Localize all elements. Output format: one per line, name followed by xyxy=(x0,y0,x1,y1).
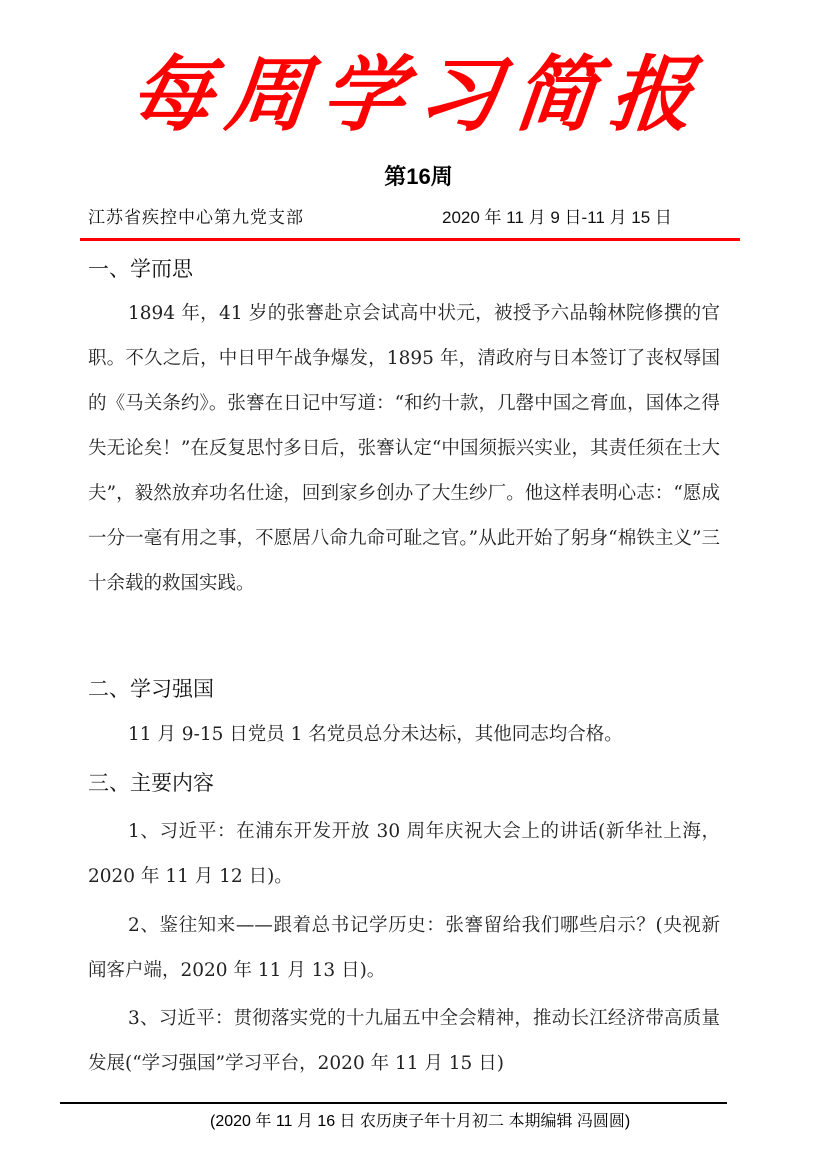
content-item-1: 1、习近平：在浦东开发开放 30 周年庆祝大会上的讲话(新华社上海，2020 年… xyxy=(88,809,720,899)
item-text: 2、鉴往知来——跟着总书记学历史：张謇留给我们哪些启示？(央视新闻客户端，202… xyxy=(88,915,720,981)
paragraph-text: 11 月 9-15 日党员 1 名党员总分未达标，其他同志均合格。 xyxy=(128,724,623,745)
section-heading-2: 二、学习强国 xyxy=(88,673,214,703)
footer-divider xyxy=(60,1102,727,1104)
date-range: 2020 年 11 月 9 日-11 月 15 日 xyxy=(442,203,672,228)
header-divider xyxy=(80,238,740,241)
section-heading-1: 一、学而思 xyxy=(88,253,193,283)
section-2-paragraph: 11 月 9-15 日党员 1 名党员总分未达标，其他同志均合格。 xyxy=(88,712,720,757)
organization: 江苏省疾控中心第九党支部 xyxy=(88,203,304,228)
issue-number: 第16周 xyxy=(0,160,837,191)
item-text: 3、习近平：贯彻落实党的十九届五中全会精神，推动长江经济带高质量发展(“学习强国… xyxy=(88,1008,720,1074)
content-item-2: 2、鉴往知来——跟着总书记学历史：张謇留给我们哪些启示？(央视新闻客户端，202… xyxy=(88,903,720,993)
content-item-3: 3、习近平：贯彻落实党的十九届五中全会精神，推动长江经济带高质量发展(“学习强国… xyxy=(88,996,720,1086)
paragraph-text: 1894 年，41 岁的张謇赴京会试高中状元，被授予六品翰林院修撰的官职。不久之… xyxy=(88,303,720,594)
section-1-paragraph: 1894 年，41 岁的张謇赴京会试高中状元，被授予六品翰林院修撰的官职。不久之… xyxy=(88,291,720,606)
section-heading-3: 三、主要内容 xyxy=(88,767,214,797)
footer-note: (2020 年 11 月 16 日 农历庚子年十月初二 本期编辑 冯圆圆) xyxy=(210,1108,630,1131)
masthead-title: 每周学习简报 xyxy=(0,40,837,150)
item-text: 1、习近平：在浦东开发开放 30 周年庆祝大会上的讲话(新华社上海，2020 年… xyxy=(88,821,720,887)
